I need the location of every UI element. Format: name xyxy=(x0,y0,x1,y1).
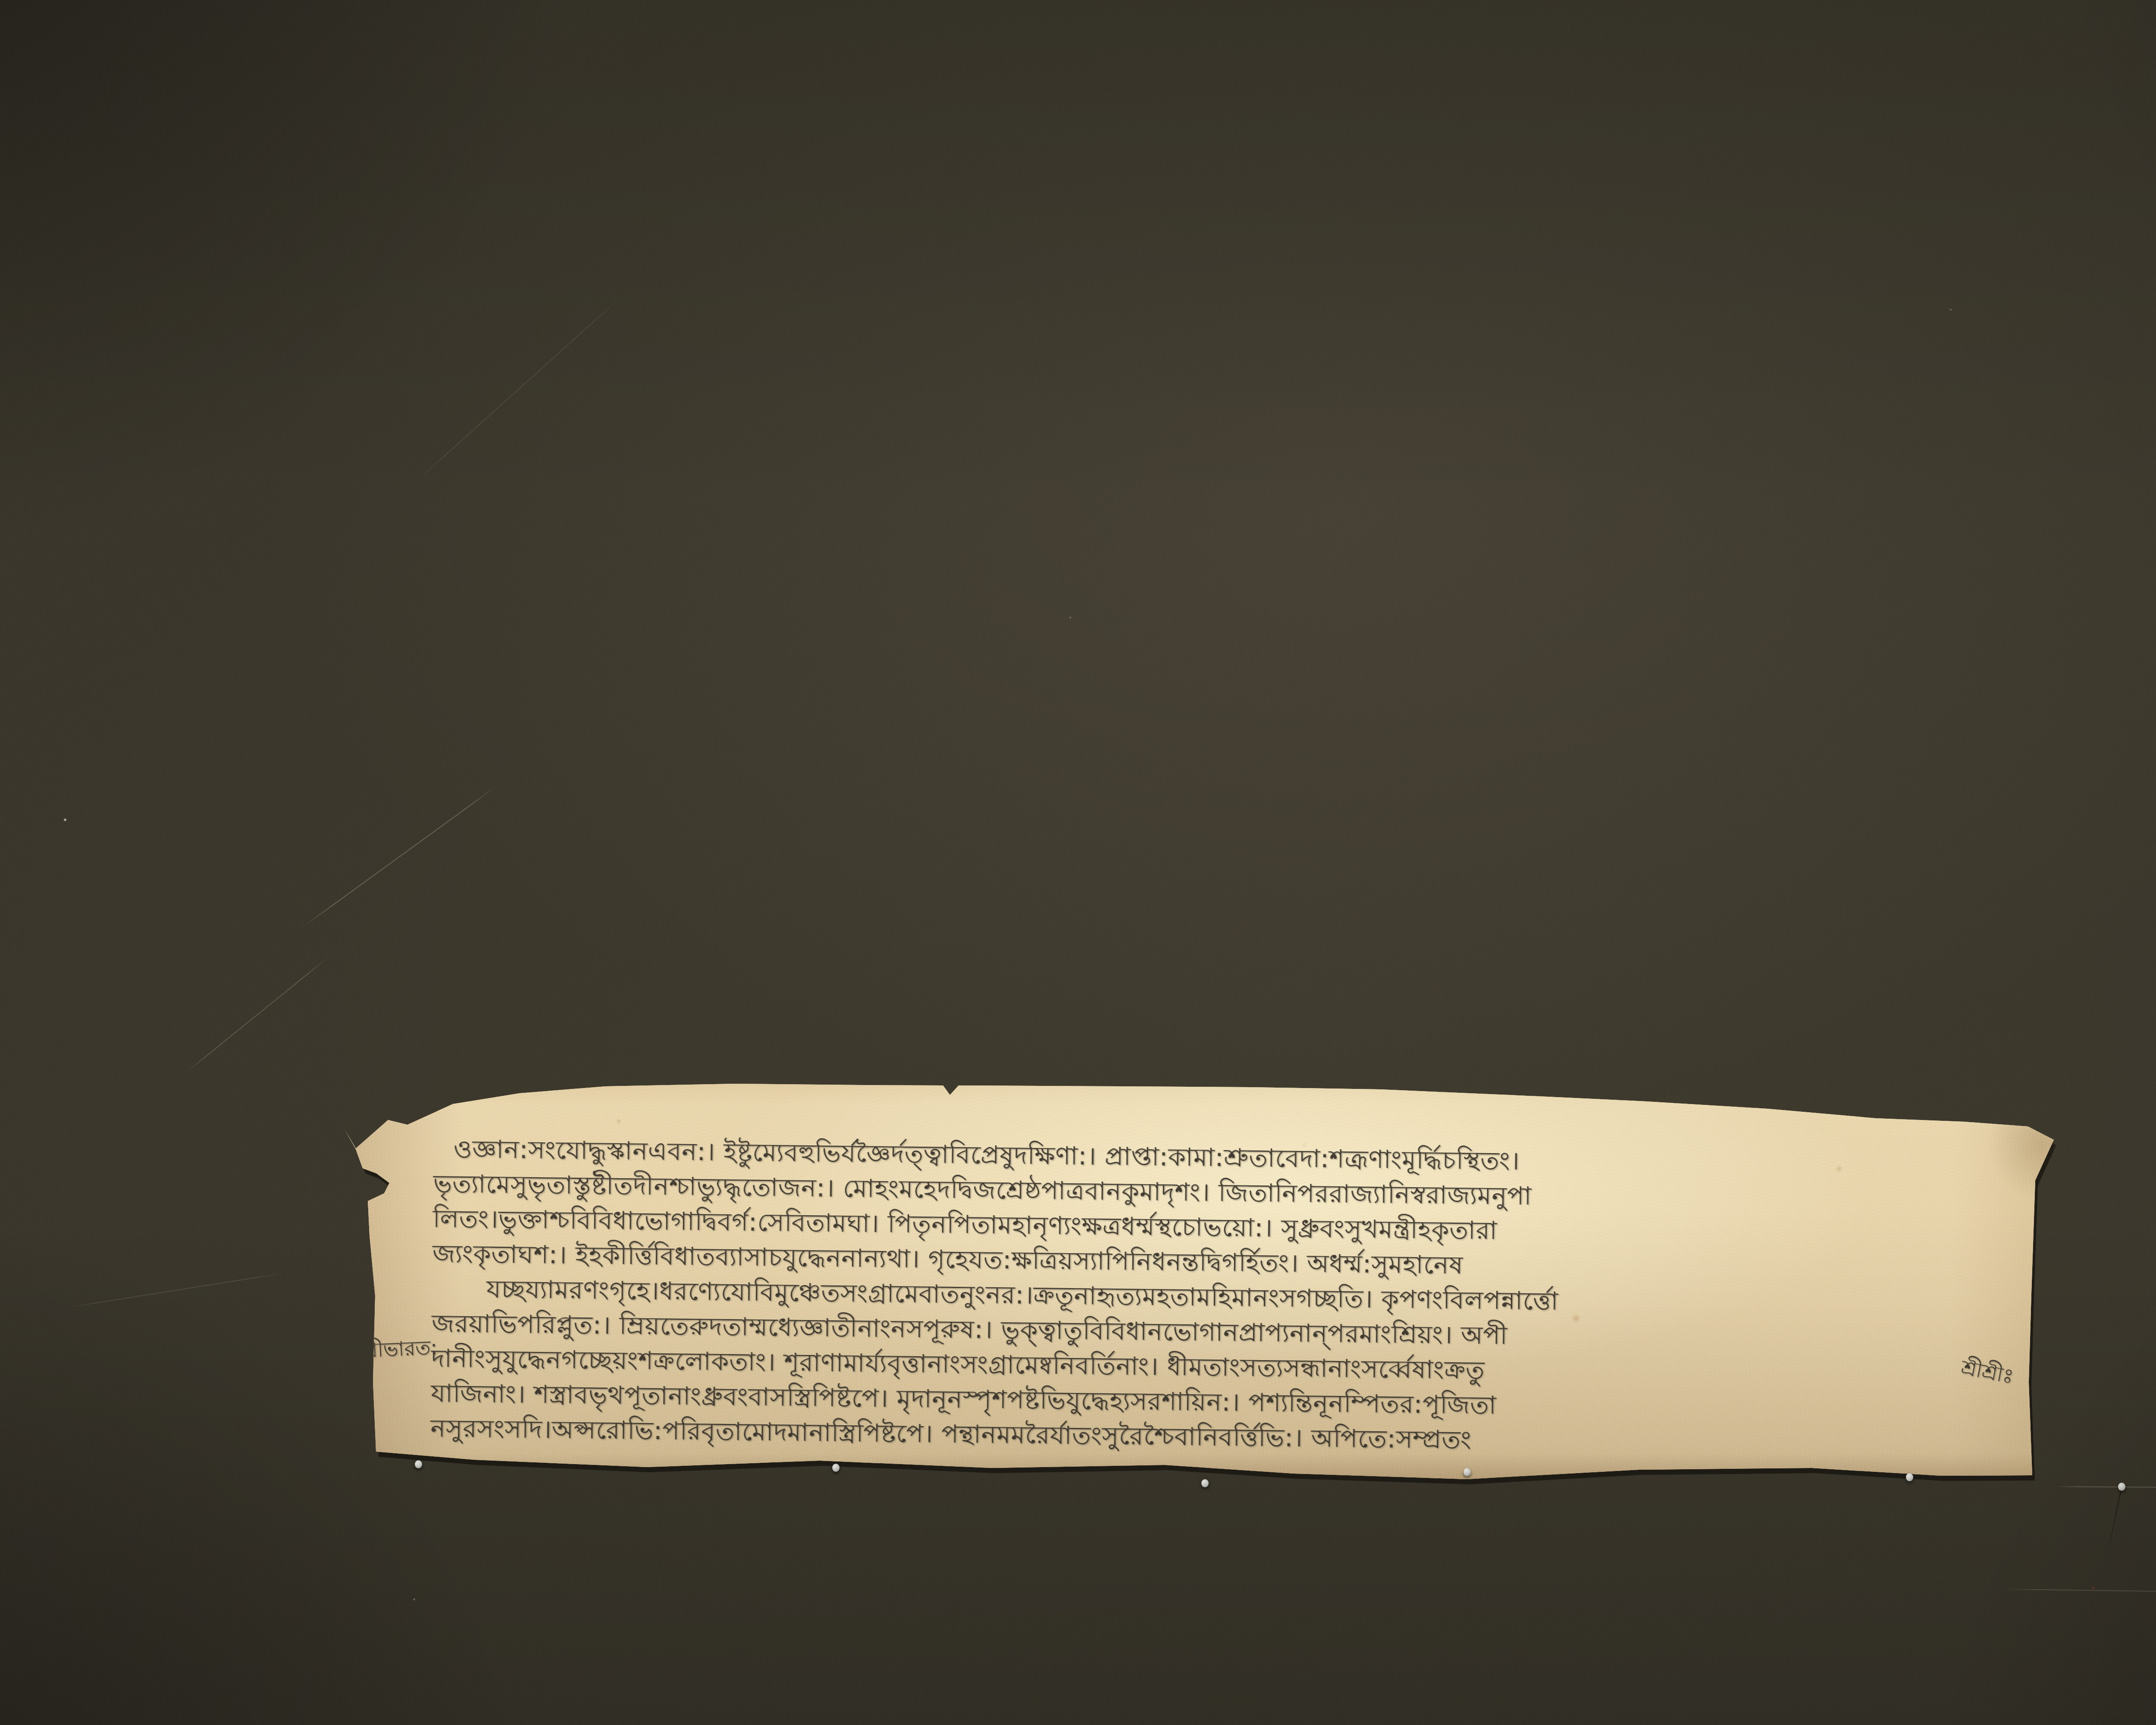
dust-speck xyxy=(1950,309,1952,310)
pin xyxy=(1463,1468,1471,1476)
manuscript-text-block: ওজ্ঞান:সংযোদ্ধুস্কানএবন:। ইষ্টুম্যেবহুভি… xyxy=(425,1131,1970,1463)
dust-speck xyxy=(64,819,66,821)
pin-shadow xyxy=(2106,1489,2122,1556)
pin xyxy=(1906,1473,1913,1481)
scratch-mark xyxy=(64,1273,285,1308)
scratch-mark xyxy=(301,785,497,928)
pin xyxy=(415,1460,422,1468)
scratch-mark xyxy=(2056,1486,2156,1488)
left-margin-annotation: শ্রীশ্রীভারত: xyxy=(340,1332,438,1370)
dust-speck xyxy=(2092,1587,2094,1589)
dust-speck xyxy=(413,1598,415,1600)
scratch-mark xyxy=(2004,1589,2156,1593)
dust-speck xyxy=(1069,617,1071,618)
backing-board: ওজ্ঞান:সংযোদ্ধুস্কানএবন:। ইষ্টুম্যেবহুভি… xyxy=(0,0,2156,1725)
pin xyxy=(832,1464,840,1472)
scratch-mark xyxy=(185,956,329,1073)
pin xyxy=(2118,1483,2125,1491)
manuscript-leaf: ওজ্ঞান:সংযোদ্ধুস্কানএবন:। ইষ্টুম্যেবহুভি… xyxy=(343,1080,2055,1486)
scratch-mark xyxy=(414,295,622,483)
pin xyxy=(1201,1479,1209,1487)
